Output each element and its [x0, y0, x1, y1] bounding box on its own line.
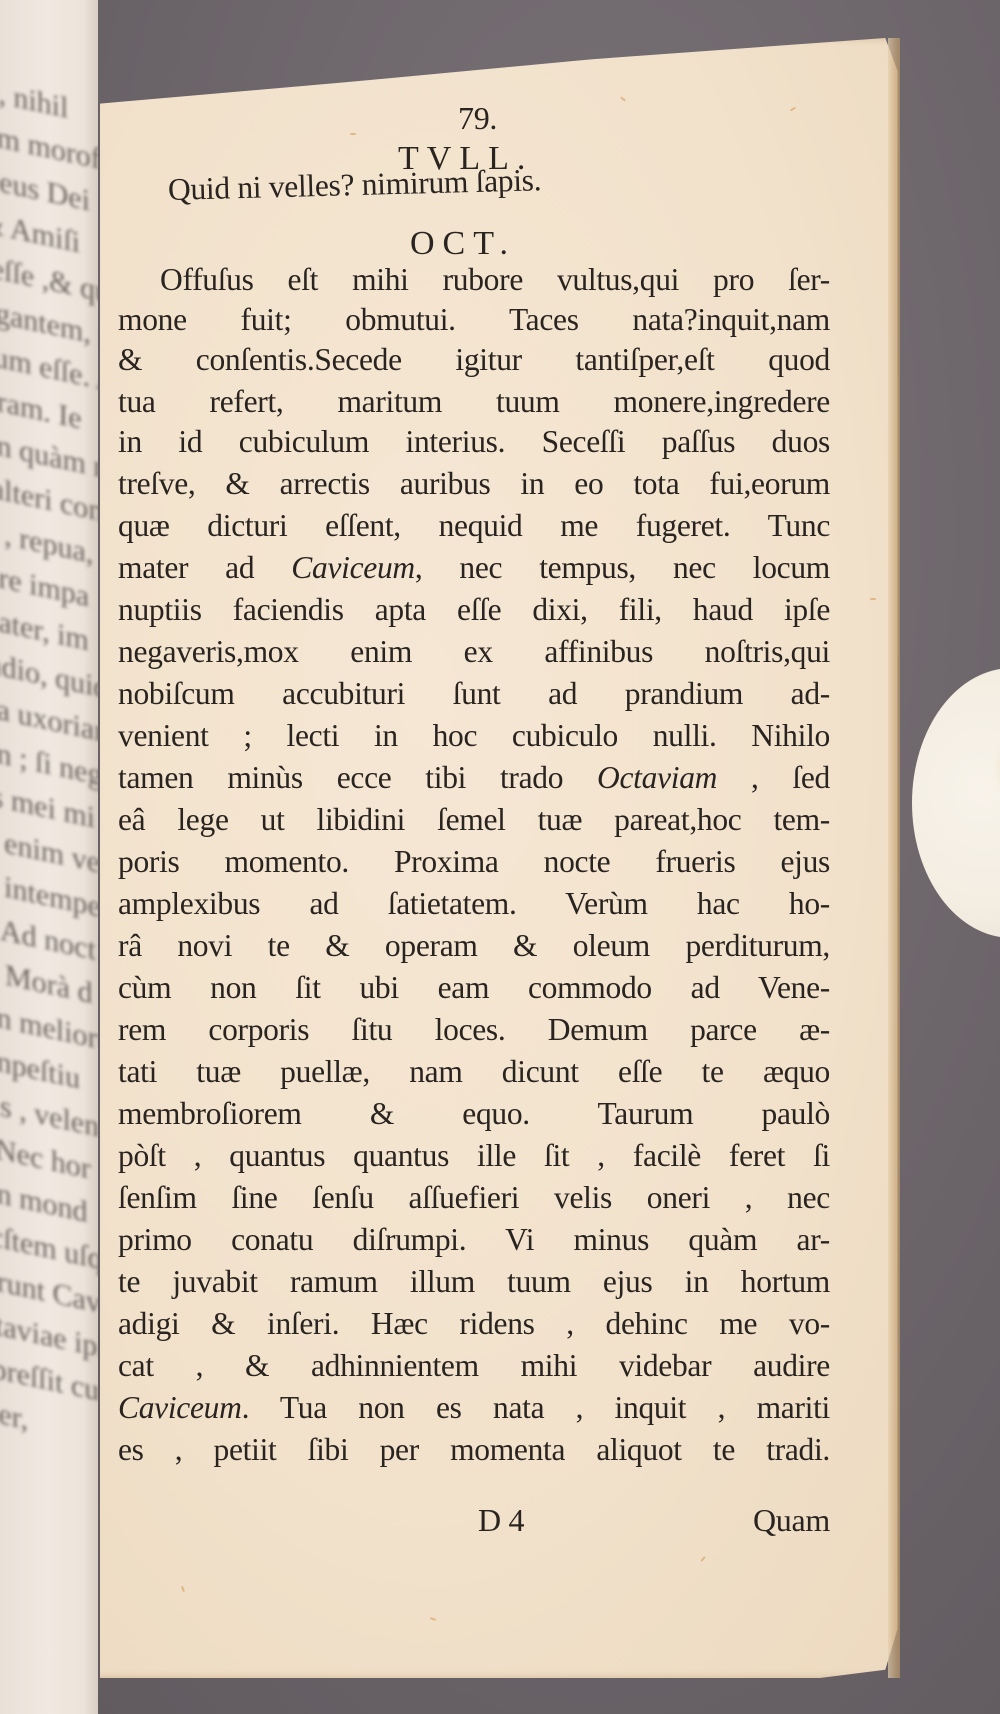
- text-line: nuptiis faciendis apta eſſe dixi, fili, …: [118, 592, 830, 628]
- text-line: râ novi te & operam & oleum perditurum,: [118, 928, 830, 964]
- text-line: quæ dicturi eſſent, nequid me fugeret. T…: [118, 508, 830, 544]
- text-segment: mater ad: [118, 550, 291, 585]
- text-line: tamen minùs ecce tibi trado Octaviam , ſ…: [118, 760, 830, 796]
- text-line: Caviceum. Tua non es nata , inquit , mar…: [118, 1390, 830, 1426]
- text-line: cùm non ſit ubi eam commodo ad Vene-: [118, 970, 830, 1006]
- italic-name: Caviceum: [118, 1390, 242, 1425]
- text-line: es , petiit ſibi per momenta aliquot te …: [118, 1432, 830, 1468]
- text-segment: , ſed: [717, 760, 830, 795]
- text-line: Offuſus eſt mihi rubore vultus,qui pro ſ…: [160, 262, 830, 298]
- facing-page-text: 79.ſuo, nihilidem morofir Deus Deie & Am…: [0, 20, 98, 1428]
- text-line: & conſentis.Secede igitur tantiſper,eſt …: [118, 342, 830, 378]
- text-line: treſve, & arrectis auribus in eo tota fu…: [118, 466, 830, 502]
- text-line: negaveris,mox enim ex affinibus noſtris,…: [118, 634, 830, 670]
- text-line: rem corporis ſitu loces. Demum parce æ-: [118, 1012, 830, 1048]
- text-line: pòſt , quantus quantus ille ſit , facilè…: [118, 1138, 830, 1174]
- page-edge: [888, 38, 900, 1678]
- speaker-heading-octavia: OCT.: [410, 225, 516, 263]
- facing-page-left: 79.ſuo, nihilidem morofir Deus Deie & Am…: [0, 0, 98, 1714]
- text-line: poris momento. Proxima nocte frueris eju…: [118, 844, 830, 880]
- text-line: mater ad Caviceum, nec tempus, nec locum: [118, 550, 830, 586]
- text-segment: , nec tempus, nec locum: [415, 550, 830, 585]
- text-line: nobiſcum accubituri ſunt ad prandium ad-: [118, 676, 830, 712]
- text-line: ſenſim ſine ſenſu aſſuefieri velis oneri…: [118, 1180, 830, 1216]
- text-line: amplexibus ad ſatietatem. Verùm hac ho-: [118, 886, 830, 922]
- page-number: 79.: [458, 100, 497, 137]
- text-segment: . Tua non es nata , inquit , mariti: [242, 1390, 830, 1425]
- italic-name: Caviceum: [291, 550, 415, 585]
- text-segment: tamen minùs ecce tibi trado: [118, 760, 597, 795]
- signature-mark: D 4: [478, 1502, 524, 1539]
- text-line: cat , & adhinnientem mihi videbar audire: [118, 1348, 830, 1384]
- text-line: mone fuit; obmutui. Taces nata?inquit,na…: [118, 302, 830, 338]
- text-line: eâ lege ut libidini ſemel tuæ pareat,hoc…: [118, 802, 830, 838]
- text-line: adigi & inſeri. Hæc ridens , dehinc me v…: [118, 1306, 830, 1342]
- text-line: venient ; lecti in hoc cubiculo nulli. N…: [118, 718, 830, 754]
- text-line: primo conatu diſrumpi. Vi minus quàm ar-: [118, 1222, 830, 1258]
- text-line: tati tuæ puellæ, nam dicunt eſſe te æquo: [118, 1054, 830, 1090]
- text-line: te juvabit ramum illum tuum ejus in hort…: [118, 1264, 830, 1300]
- catchword: Quam: [753, 1502, 830, 1539]
- text-line: tua refert, maritum tuum monere,ingreder…: [118, 384, 830, 420]
- text-line: in id cubiculum interius. Seceſſi paſſus…: [118, 424, 830, 460]
- italic-name: Octaviam: [597, 760, 717, 795]
- text-line: membroſiorem & equo. Taurum paulò: [118, 1096, 830, 1132]
